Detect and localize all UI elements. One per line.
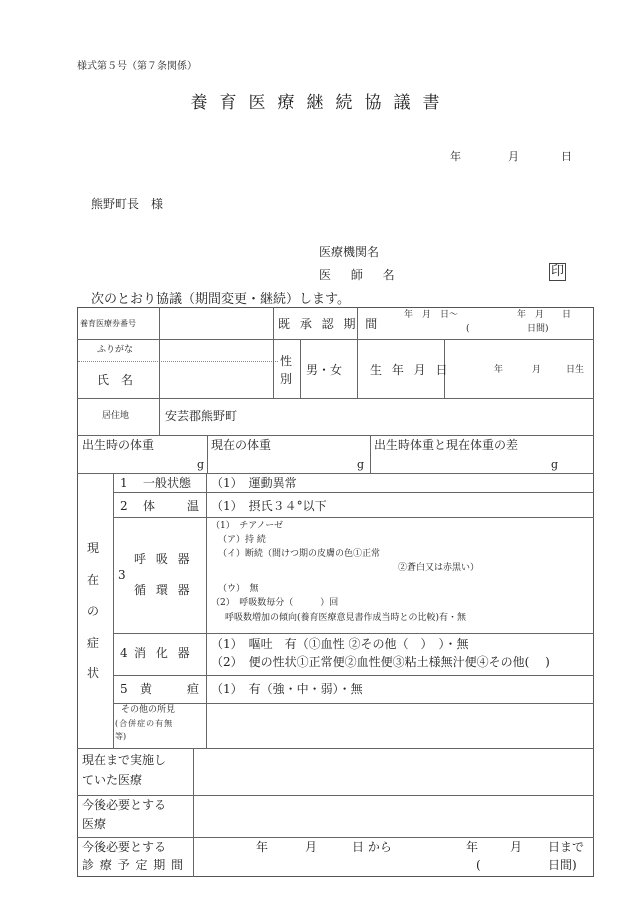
approved-period-days-open: ( [466, 324, 470, 335]
other-findings-label: その他の所見 [121, 705, 175, 716]
symptom-2-label-b: 温 [187, 499, 199, 514]
symptom-2-number: 2 [120, 499, 128, 514]
other-findings-label: (合併症の有無 [115, 719, 173, 729]
furigana-field[interactable] [162, 342, 270, 359]
date-month-label: 月 [508, 148, 519, 164]
symptom-4-line[interactable]: （2） 便の性状①正常便②血性便③粘土様無汁便④その他( ) [211, 655, 550, 670]
weight-diff-label: 出生時体重と現在体重の差 [374, 438, 518, 453]
symptom-3-number: 3 [118, 568, 126, 583]
residence-value[interactable]: 安芸郡熊野町 [165, 409, 237, 424]
doctor-label: 医 師 名 [319, 266, 403, 283]
symptom-1-number: 1 [120, 476, 128, 491]
planned-to-day[interactable]: 日まで [548, 840, 584, 855]
residence-label: 居住地 [102, 411, 129, 422]
planned-from-day[interactable]: 日 から [352, 840, 392, 855]
birth-weight-label: 出生時の体重 [82, 438, 154, 453]
symptom-1-option[interactable]: （1） 運動異常 [211, 476, 297, 491]
sex-label-2: 別 [280, 372, 292, 387]
future-treatment-label: 今後必要とする [82, 798, 166, 813]
symptom-3-label-a: 呼 吸 器 [134, 552, 193, 567]
symptom-3-line[interactable]: （イ）断続（間けつ期の皮膚の色①正常 [218, 549, 380, 560]
symptoms-label-char: 現 [87, 541, 99, 556]
name-label: 氏 名 [97, 373, 133, 388]
past-treatment-label: ていた医療 [82, 773, 142, 788]
form-number: 様式第５号（第７条関係） [77, 57, 197, 72]
symptom-3-line[interactable]: （2） 呼吸数毎分（ ）回 [211, 598, 338, 609]
other-findings-label: 等) [115, 732, 126, 742]
future-treatment-label: 医療 [82, 817, 106, 832]
planned-from-month[interactable]: 月 [305, 840, 317, 855]
symptom-5-label-a: 黄 [140, 682, 152, 697]
planned-days-open: ( [476, 858, 481, 873]
dob-label: 生 年 月 日 [370, 363, 450, 378]
planned-to-year[interactable]: 年 [466, 840, 478, 855]
planned-from-year[interactable]: 年 [256, 840, 268, 855]
voucher-number-label: 養育医療券番号 [80, 319, 136, 329]
dob-month[interactable]: 月 [532, 365, 541, 376]
future-treatment-field[interactable] [196, 798, 591, 834]
symptom-3-line[interactable]: （1） チアノーゼ [211, 521, 283, 532]
symptom-2-option[interactable]: （1） 摂氏３４°以下 [211, 499, 327, 514]
symptom-5-number: 5 [120, 682, 128, 697]
symptom-3-line[interactable]: 呼吸数増加の傾向(養育医療意見書作成当時との比較)有・無 [225, 613, 466, 624]
symptom-4-line[interactable]: （1） 嘔吐 有（①血性 ②その他（ ） ）・無 [211, 637, 468, 652]
sex-label-1: 性 [280, 354, 292, 369]
furigana-label: ふりがな [97, 345, 133, 356]
addressee: 熊野町長 様 [91, 195, 163, 212]
institution-label: 医療機関名 [319, 243, 379, 260]
sex-options[interactable]: 男・女 [306, 363, 342, 378]
symptoms-label-char: 症 [87, 636, 99, 651]
symptoms-label-char: 在 [87, 573, 99, 588]
approved-period-days[interactable]: 日間) [527, 324, 549, 335]
approved-period-start[interactable]: 年 月 日〜 [404, 310, 458, 321]
other-findings-field[interactable] [209, 706, 591, 745]
name-field[interactable] [162, 364, 270, 394]
approved-period-end[interactable]: 年 月 日 [517, 310, 571, 321]
birth-weight-unit: g [197, 458, 204, 472]
weight-diff-unit: g [551, 458, 558, 472]
symptom-3-line[interactable]: （ア）持 続 [218, 535, 266, 546]
date-year-label: 年 [450, 148, 461, 164]
past-treatment-label: 現在まで実施し [82, 753, 166, 768]
date-day-label: 日 [561, 148, 572, 164]
symptom-4-number: 4 [120, 646, 128, 661]
seal-mark: 印 [549, 263, 566, 281]
dob-day[interactable]: 日生 [566, 365, 584, 376]
voucher-number-field[interactable] [162, 310, 270, 337]
symptom-2-label-a: 体 [143, 499, 155, 514]
intro-text: 次のとおり協議（期間変更・継続）します。 [91, 288, 350, 307]
past-treatment-field[interactable] [196, 751, 591, 792]
symptom-3-line[interactable]: ②蒼白又は赤黒い） [398, 563, 479, 574]
symptom-3-label-b: 循 環 器 [134, 583, 193, 598]
dob-year[interactable]: 年 [494, 365, 503, 376]
symptom-1-label: 一般状態 [143, 476, 191, 491]
current-weight-label: 現在の体重 [211, 438, 271, 453]
current-weight-unit: g [357, 458, 364, 472]
symptoms-label-char: の [87, 604, 99, 619]
symptoms-label-char: 状 [87, 666, 99, 681]
symptom-4-label: 消 化 器 [134, 646, 193, 661]
symptom-3-line[interactable]: （ウ） 無 [218, 584, 259, 595]
symptom-5-label-b: 疸 [187, 682, 199, 697]
symptom-5-option[interactable]: （1） 有（強・中・弱）・無 [211, 682, 363, 697]
planned-days[interactable]: 日間) [548, 858, 577, 873]
approved-period-label: 既 承 認 期 間 [278, 317, 380, 332]
document-title: 養育医療継続協議書 [0, 88, 630, 113]
planned-to-month[interactable]: 月 [510, 840, 522, 855]
planned-period-label: 診 療 予 定 期 間 [82, 858, 184, 873]
planned-period-label: 今後必要とする [82, 840, 166, 855]
